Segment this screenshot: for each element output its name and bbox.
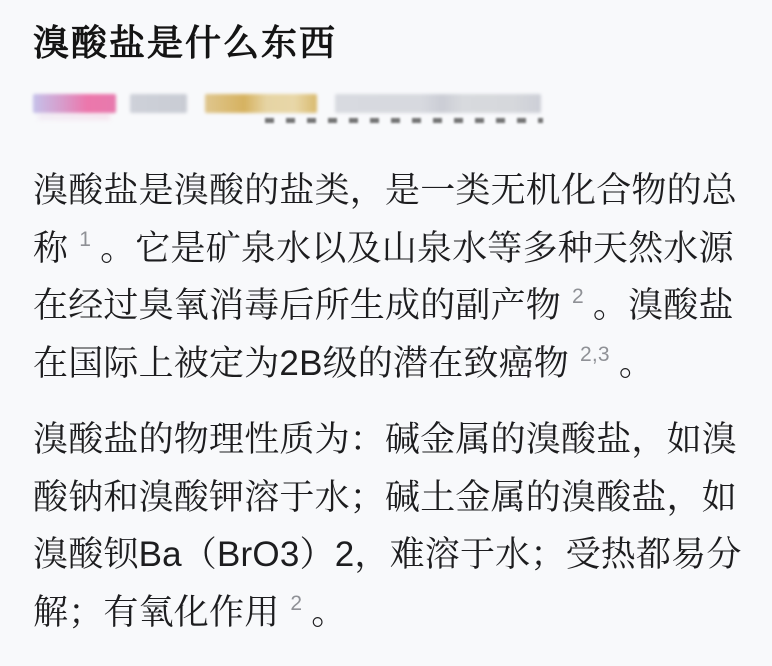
tag-gray xyxy=(130,94,187,113)
text-segment: 在经过臭氧消毒后所生成的副产物 xyxy=(33,286,561,325)
text-segment: 。溴酸盐 xyxy=(593,286,734,325)
redacted-tags-row xyxy=(0,94,772,126)
text-segment: 溴酸钡Ba（BrO3）2，难溶于水；受热都易分 xyxy=(33,535,742,574)
text-segment: 溴酸盐是溴酸的盐类，是一类无机化合物的总 xyxy=(33,171,737,210)
citation-superscript[interactable]: 1 xyxy=(79,228,91,251)
paragraph: 溴酸盐的物理性质为：碱金属的溴酸盐，如溴酸钠和溴酸钾溶于水；碱土金属的溴酸盐，如… xyxy=(33,411,746,641)
text-segment: 解；有氧化作用 xyxy=(33,593,279,632)
text-line: 称1。它是矿泉水以及山泉水等多种天然水源 xyxy=(33,220,746,278)
text-line: 解；有氧化作用2。 xyxy=(33,584,746,642)
article-title: 溴酸盐是什么东西 xyxy=(33,22,742,64)
article-page: 溴酸盐是什么东西 溴酸盐是溴酸的盐类，是一类无机化合物的总称1。它是矿泉水以及山… xyxy=(0,0,772,666)
tag-lightgray xyxy=(335,94,541,113)
citation-superscript[interactable]: 2 xyxy=(572,285,584,308)
text-segment: 称 xyxy=(33,229,68,268)
text-segment: 酸钠和溴酸钾溶于水；碱土金属的溴酸盐，如 xyxy=(33,478,737,517)
text-segment: 。 xyxy=(619,344,654,383)
article-body: 溴酸盐是溴酸的盐类，是一类无机化合物的总称1。它是矿泉水以及山泉水等多种天然水源… xyxy=(0,162,772,641)
citation-superscript[interactable]: 2 xyxy=(290,592,302,615)
text-line: 溴酸钡Ba（BrO3）2，难溶于水；受热都易分 xyxy=(33,526,746,584)
paragraph: 溴酸盐是溴酸的盐类，是一类无机化合物的总称1。它是矿泉水以及山泉水等多种天然水源… xyxy=(33,162,746,392)
citation-superscript[interactable]: 2,3 xyxy=(580,343,610,366)
text-line: 酸钠和溴酸钾溶于水；碱土金属的溴酸盐，如 xyxy=(33,469,746,527)
text-line: 在经过臭氧消毒后所生成的副产物2。溴酸盐 xyxy=(33,277,746,335)
text-line: 溴酸盐是溴酸的盐类，是一类无机化合物的总 xyxy=(33,162,746,220)
text-line: 溴酸盐的物理性质为：碱金属的溴酸盐，如溴 xyxy=(33,411,746,469)
tag-pink xyxy=(33,94,116,113)
redacted-text-remnants xyxy=(265,118,543,123)
tag-reflection xyxy=(38,113,110,120)
text-segment: 。 xyxy=(311,593,346,632)
text-segment: 。它是矿泉水以及山泉水等多种天然水源 xyxy=(100,229,734,268)
text-segment: 在国际上被定为2B级的潜在致癌物 xyxy=(33,344,569,383)
text-line: 在国际上被定为2B级的潜在致癌物2,3。 xyxy=(33,335,746,393)
text-segment: 溴酸盐的物理性质为：碱金属的溴酸盐，如溴 xyxy=(33,420,737,459)
tag-gold xyxy=(205,94,317,113)
